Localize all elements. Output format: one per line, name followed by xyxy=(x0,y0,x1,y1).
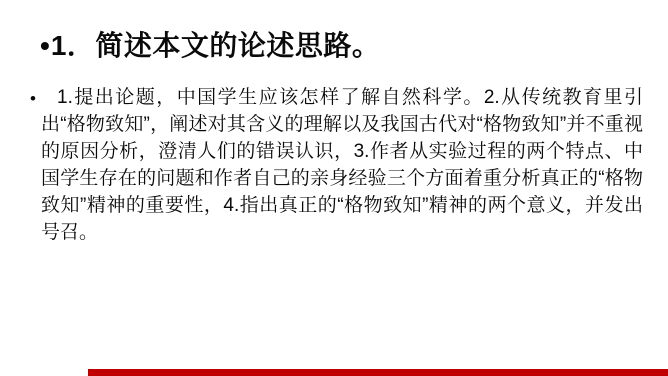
presentation-slide: •1．简述本文的论述思路。 • 1.提出论题，中国学生应该怎样了解自然科学。2.… xyxy=(0,0,668,376)
slide-title: •1．简述本文的论述思路。 xyxy=(40,24,380,64)
body-paragraph: 1.提出论题，中国学生应该怎样了解自然科学。2.从传统教育里引出“格物致知”，阐… xyxy=(41,84,643,246)
title-text: 1．简述本文的论述思路。 xyxy=(51,30,381,61)
bottom-accent-bar xyxy=(88,369,668,376)
body-bullet-icon: • xyxy=(30,85,36,112)
title-bullet-icon: • xyxy=(40,30,50,61)
slide-body: • 1.提出论题，中国学生应该怎样了解自然科学。2.从传统教育里引出“格物致知”… xyxy=(30,84,650,246)
